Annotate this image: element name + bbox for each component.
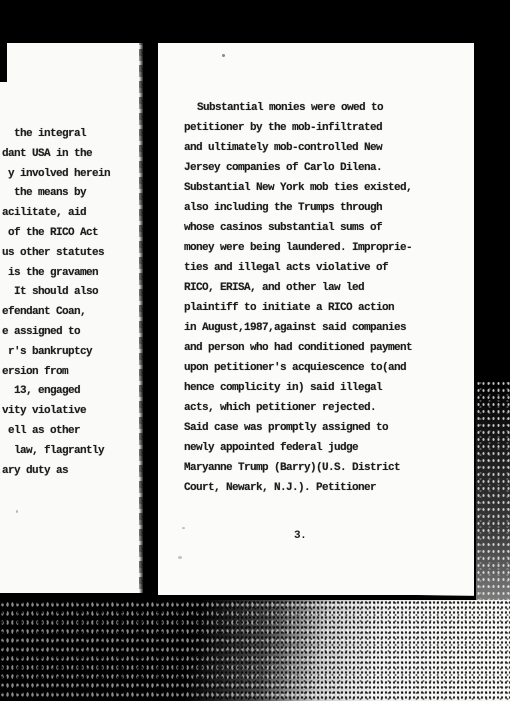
main-page-line: upon petitioner's acquiescence to(and — [184, 358, 474, 378]
left-page-line: vity violative — [0, 402, 143, 422]
main-page: Substantial monies were owed topetitione… — [158, 43, 474, 596]
main-page-line: plaintiff to initiate a RICO action — [184, 298, 474, 318]
left-page-line: dant USA in the — [0, 145, 143, 165]
left-page-line: the integral — [0, 125, 143, 145]
main-page-line: and person who had conditioned payment — [184, 338, 474, 358]
left-page-line: It should also — [0, 283, 143, 303]
main-page-line: in August,1987,against said companies — [184, 318, 474, 338]
scan-noise-right — [476, 380, 510, 600]
left-page-line: us other statutes — [0, 244, 143, 264]
scan-speck — [222, 54, 225, 57]
main-page-line: also including the Trumps through — [184, 198, 474, 218]
scan-edge-mark — [0, 36, 7, 82]
main-page-line: Said case was promptly assigned to — [184, 418, 474, 438]
left-page-line: y involved herein — [0, 165, 143, 185]
scan-speck — [182, 527, 185, 529]
main-page-line: Court, Newark, N.J.). Petitioner — [184, 478, 474, 498]
scanned-document: the integraldant USA in the y involved h… — [0, 0, 510, 701]
main-page-line: whose casinos substantial sums of — [184, 218, 474, 238]
main-page-line: petitioner by the mob-infiltrated — [184, 118, 474, 138]
scan-speck — [178, 556, 182, 559]
left-page-line: acilitate, aid — [0, 204, 143, 224]
main-page-line: Substantial New York mob ties existed, — [184, 178, 474, 198]
main-page-line: and ultimately mob-controlled New — [184, 138, 474, 158]
left-page-line: ell as other — [0, 422, 143, 442]
left-page-line: efendant Coan, — [0, 303, 143, 323]
left-page-lines: the integraldant USA in the y involved h… — [0, 125, 143, 481]
left-page-line: ary duty as — [0, 462, 143, 482]
left-page-line: is the gravamen — [0, 264, 143, 284]
left-page-line: of the RICO Act — [0, 224, 143, 244]
main-page-line: Substantial monies were owed to — [184, 98, 474, 118]
scan-speck — [16, 510, 18, 513]
left-page-line: e assigned to — [0, 323, 143, 343]
main-page-line: money were being laundered. Improprie- — [184, 238, 474, 258]
page-number: 3. — [294, 530, 306, 542]
left-page-line: law, flagrantly — [0, 442, 143, 462]
main-page-lines: Substantial monies were owed topetitione… — [184, 98, 474, 498]
left-page-line: ersion from — [0, 363, 143, 383]
left-page-line: the means by — [0, 184, 143, 204]
main-page-line: acts, which petitioner rejected. — [184, 398, 474, 418]
left-page-line: 13, engaged — [0, 382, 143, 402]
main-page-line: Maryanne Trump (Barry)(U.S. District — [184, 458, 474, 478]
left-page: the integraldant USA in the y involved h… — [0, 43, 143, 593]
scan-noise-bottom — [0, 600, 510, 701]
main-page-line: newly appointed federal judge — [184, 438, 474, 458]
left-page-line: r's bankruptcy — [0, 343, 143, 363]
main-page-line: hence complicity in) said illegal — [184, 378, 474, 398]
main-page-line: Jersey companies of Carlo Dilena. — [184, 158, 474, 178]
main-page-line: ties and illegal acts violative of — [184, 258, 474, 278]
main-page-line: RICO, ERISA, and other law led — [184, 278, 474, 298]
